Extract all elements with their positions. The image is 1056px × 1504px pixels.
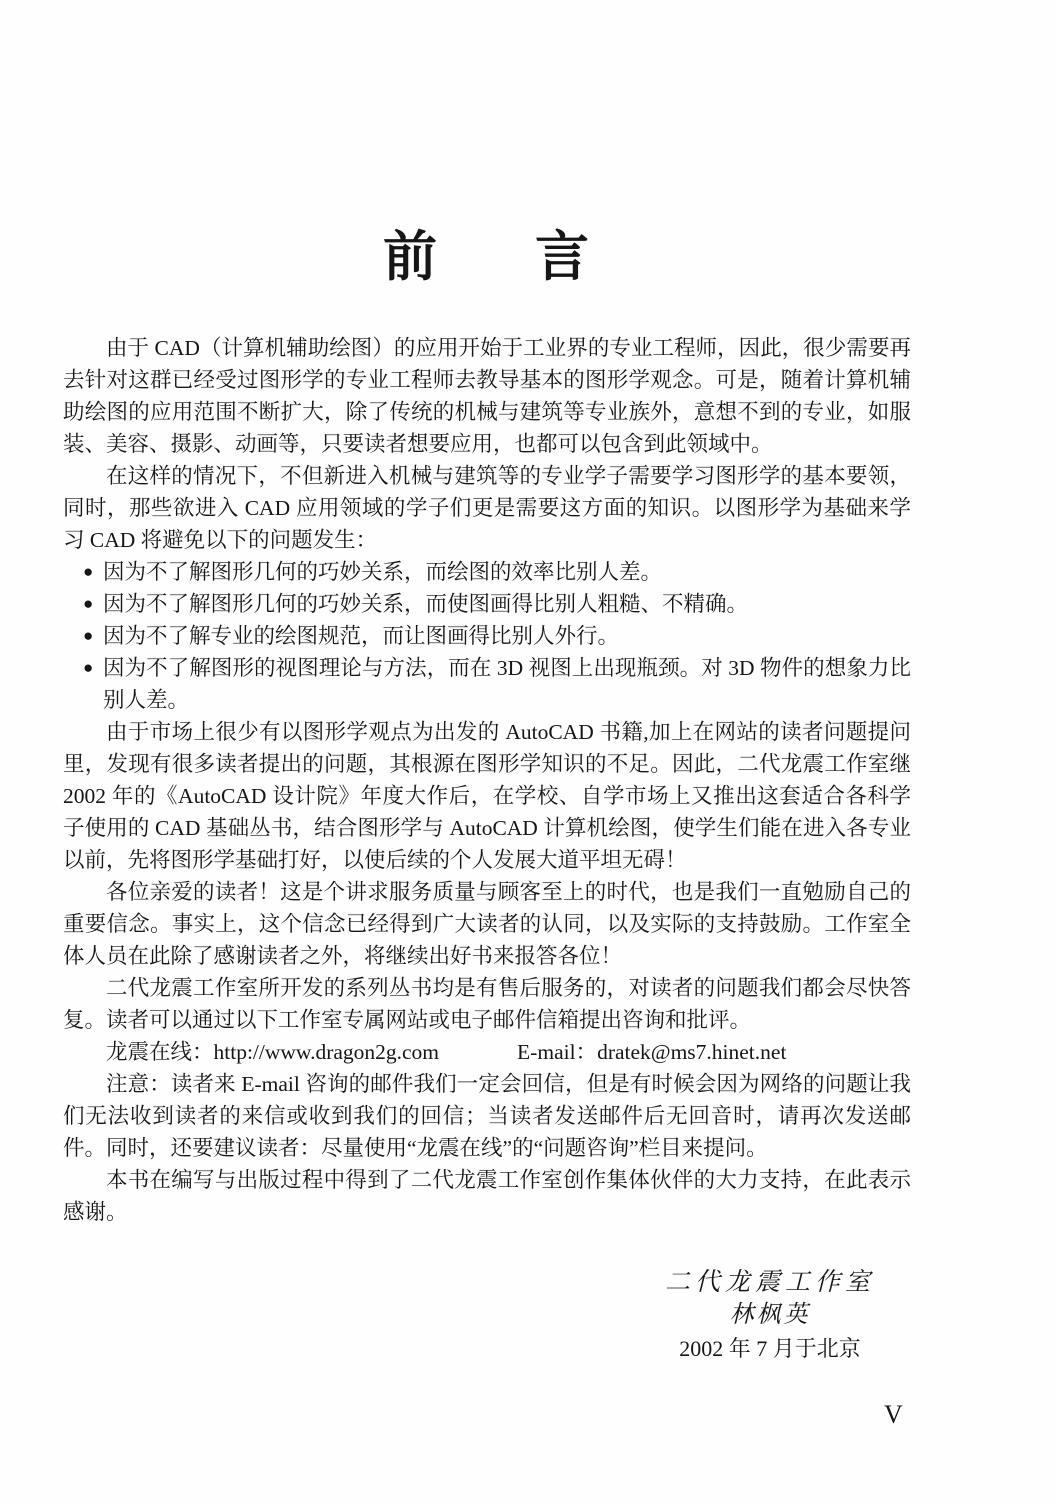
paragraph-readers: 各位亲爱的读者！这是个讲求服务质量与顾客至上的时代，也是我们一直勉励自己的重要信… <box>63 876 911 972</box>
contact-line: 龙震在线：http://www.dragon2g.comE-mail：drate… <box>63 1036 911 1068</box>
page-title: 前 言 <box>63 224 911 290</box>
title-char-right: 言 <box>535 224 591 290</box>
email-label: E-mail： <box>517 1040 597 1064</box>
list-item-text: 因为不了解图形几何的巧妙关系，而使图画得比别人粗糙、不精确。 <box>103 592 748 616</box>
website-url: http://www.dragon2g.com <box>214 1040 440 1064</box>
paragraph-service: 二代龙震工作室所开发的系列丛书均是有售后服务的，对读者的问题我们都会尽快答复。读… <box>63 972 911 1036</box>
bullet-icon: ● <box>83 652 93 684</box>
page-number: V <box>884 1400 903 1430</box>
list-item-text: 因为不了解图形几何的巧妙关系，而绘图的效率比别人差。 <box>103 560 662 584</box>
list-item-text: 因为不了解专业的绘图规范，而让图画得比别人外行。 <box>103 624 619 648</box>
bullet-icon: ● <box>83 588 93 620</box>
paragraph-thanks: 本书在编写与出版过程中得到了二代龙震工作室创作集体伙伴的大力支持，在此表示感谢。 <box>63 1164 911 1228</box>
preface-page: 前 言 由于 CAD（计算机辅助绘图）的应用开始于工业界的专业工程师，因此，很少… <box>0 0 1056 1504</box>
paragraph-intro: 由于 CAD（计算机辅助绘图）的应用开始于工业界的专业工程师，因此，很少需要再去… <box>63 332 911 460</box>
preface-body: 由于 CAD（计算机辅助绘图）的应用开始于工业界的专业工程师，因此，很少需要再去… <box>63 332 911 1365</box>
signature-studio: 二代龙震工作室 <box>620 1266 920 1299</box>
list-item: ● 因为不了解图形几何的巧妙关系，而绘图的效率比别人差。 <box>63 556 911 588</box>
bullet-icon: ● <box>83 556 93 588</box>
problem-list: ● 因为不了解图形几何的巧妙关系，而绘图的效率比别人差。 ● 因为不了解图形几何… <box>63 556 911 716</box>
signature-date: 2002 年 7 月于北京 <box>620 1332 920 1365</box>
page-content: 前 言 由于 CAD（计算机辅助绘图）的应用开始于工业界的专业工程师，因此，很少… <box>63 0 911 1365</box>
signature-block: 二代龙震工作室 林枫英 2002 年 7 月于北京 <box>620 1266 920 1365</box>
list-item: ● 因为不了解专业的绘图规范，而让图画得比别人外行。 <box>63 620 911 652</box>
paragraph-context: 在这样的情况下，不但新进入机械与建筑等的专业学子需要学习图形学的基本要领，同时，… <box>63 460 911 556</box>
list-item: ● 因为不了解图形的视图理论与方法，而在 3D 视图上出现瓶颈。对 3D 物件的… <box>63 652 911 716</box>
list-item: ● 因为不了解图形几何的巧妙关系，而使图画得比别人粗糙、不精确。 <box>63 588 911 620</box>
website-label: 龙震在线： <box>106 1040 214 1064</box>
paragraph-note: 注意：读者来 E-mail 咨询的邮件我们一定会回信，但是有时候会因为网络的问题… <box>63 1068 911 1164</box>
list-item-text: 因为不了解图形的视图理论与方法，而在 3D 视图上出现瓶颈。对 3D 物件的想象… <box>103 656 911 712</box>
email-address: dratek@ms7.hinet.net <box>597 1040 786 1064</box>
paragraph-market: 由于市场上很少有以图形学观点为出发的 AutoCAD 书籍,加上在网站的读者问题… <box>63 716 911 876</box>
bullet-icon: ● <box>83 620 93 652</box>
signature-author: 林枫英 <box>620 1299 920 1332</box>
title-char-left: 前 <box>383 224 439 290</box>
